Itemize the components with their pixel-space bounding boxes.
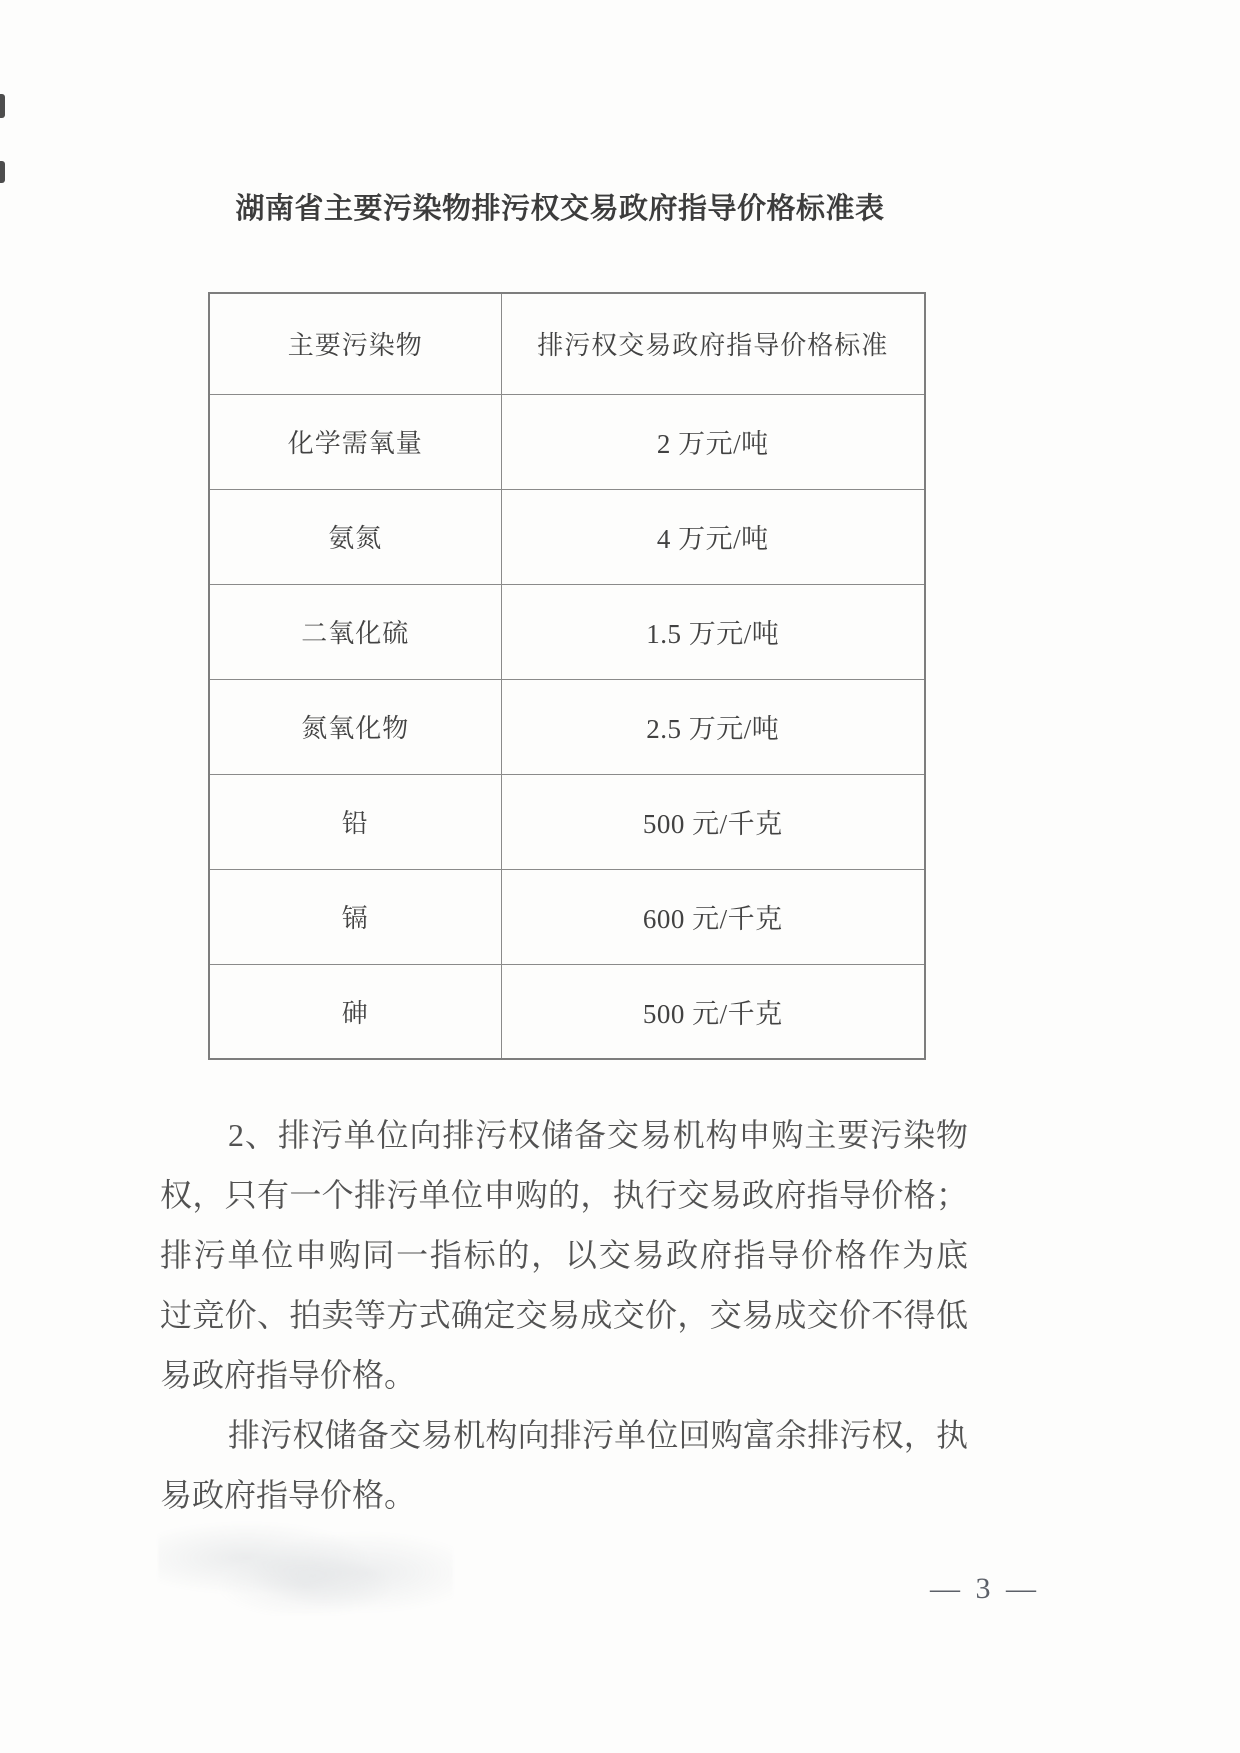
pollutant-price: 600 元/千克 bbox=[501, 869, 925, 964]
header-price-standard: 排污权交易政府指导价格标准 bbox=[501, 293, 925, 394]
table-row: 铅 500 元/千克 bbox=[209, 774, 925, 869]
pollutant-name: 二氧化硫 bbox=[209, 584, 501, 679]
price-standard-table: 主要污染物 排污权交易政府指导价格标准 化学需氧量 2 万元/吨 氨氮 4 万元… bbox=[208, 292, 926, 1060]
pollutant-price: 2.5 万元/吨 bbox=[501, 679, 925, 774]
table-header-row: 主要污染物 排污权交易政府指导价格标准 bbox=[209, 293, 925, 394]
scan-edge-artifact bbox=[0, 94, 5, 118]
scan-smudge bbox=[158, 1520, 453, 1615]
body-line: 排污单位申购同一指标的，以交易政府指导价格作为底价，通 bbox=[160, 1225, 968, 1285]
document-title: 湖南省主要污染物排污权交易政府指导价格标准表 bbox=[160, 186, 960, 227]
table-row: 化学需氧量 2 万元/吨 bbox=[209, 394, 925, 489]
pollutant-name: 砷 bbox=[209, 964, 501, 1059]
pollutant-name: 氮氧化物 bbox=[209, 679, 501, 774]
pollutant-price: 2 万元/吨 bbox=[501, 394, 925, 489]
body-line: 易政府指导价格。 bbox=[160, 1345, 968, 1405]
pollutant-price: 500 元/千克 bbox=[501, 964, 925, 1059]
body-paragraphs: 2、排污单位向排污权储备交易机构申购主要污染物排污 权，只有一个排污单位申购的，… bbox=[160, 1105, 968, 1525]
pollutant-name: 化学需氧量 bbox=[209, 394, 501, 489]
pollutant-price: 500 元/千克 bbox=[501, 774, 925, 869]
scanned-document-page: 湖南省主要污染物排污权交易政府指导价格标准表 主要污染物 排污权交易政府指导价格… bbox=[0, 0, 1240, 1753]
body-line: 权，只有一个排污单位申购的，执行交易政府指导价格；多个 bbox=[160, 1165, 968, 1225]
body-line: 过竞价、拍卖等方式确定交易成交价，交易成交价不得低于交 bbox=[160, 1285, 968, 1345]
body-line: 2、排污单位向排污权储备交易机构申购主要污染物排污 bbox=[160, 1105, 968, 1165]
body-line: 易政府指导价格。 bbox=[160, 1465, 968, 1525]
table-row: 镉 600 元/千克 bbox=[209, 869, 925, 964]
table-row: 氮氧化物 2.5 万元/吨 bbox=[209, 679, 925, 774]
page-number: — 3 — bbox=[915, 1572, 1055, 1606]
pollutant-price: 1.5 万元/吨 bbox=[501, 584, 925, 679]
pollutant-name: 氨氮 bbox=[209, 489, 501, 584]
table-row: 砷 500 元/千克 bbox=[209, 964, 925, 1059]
table-row: 氨氮 4 万元/吨 bbox=[209, 489, 925, 584]
pollutant-name: 镉 bbox=[209, 869, 501, 964]
header-pollutant: 主要污染物 bbox=[209, 293, 501, 394]
pollutant-name: 铅 bbox=[209, 774, 501, 869]
table-row: 二氧化硫 1.5 万元/吨 bbox=[209, 584, 925, 679]
body-line: 排污权储备交易机构向排污单位回购富余排污权，执行交 bbox=[160, 1405, 968, 1465]
scan-edge-artifact bbox=[0, 161, 5, 183]
pollutant-price: 4 万元/吨 bbox=[501, 489, 925, 584]
